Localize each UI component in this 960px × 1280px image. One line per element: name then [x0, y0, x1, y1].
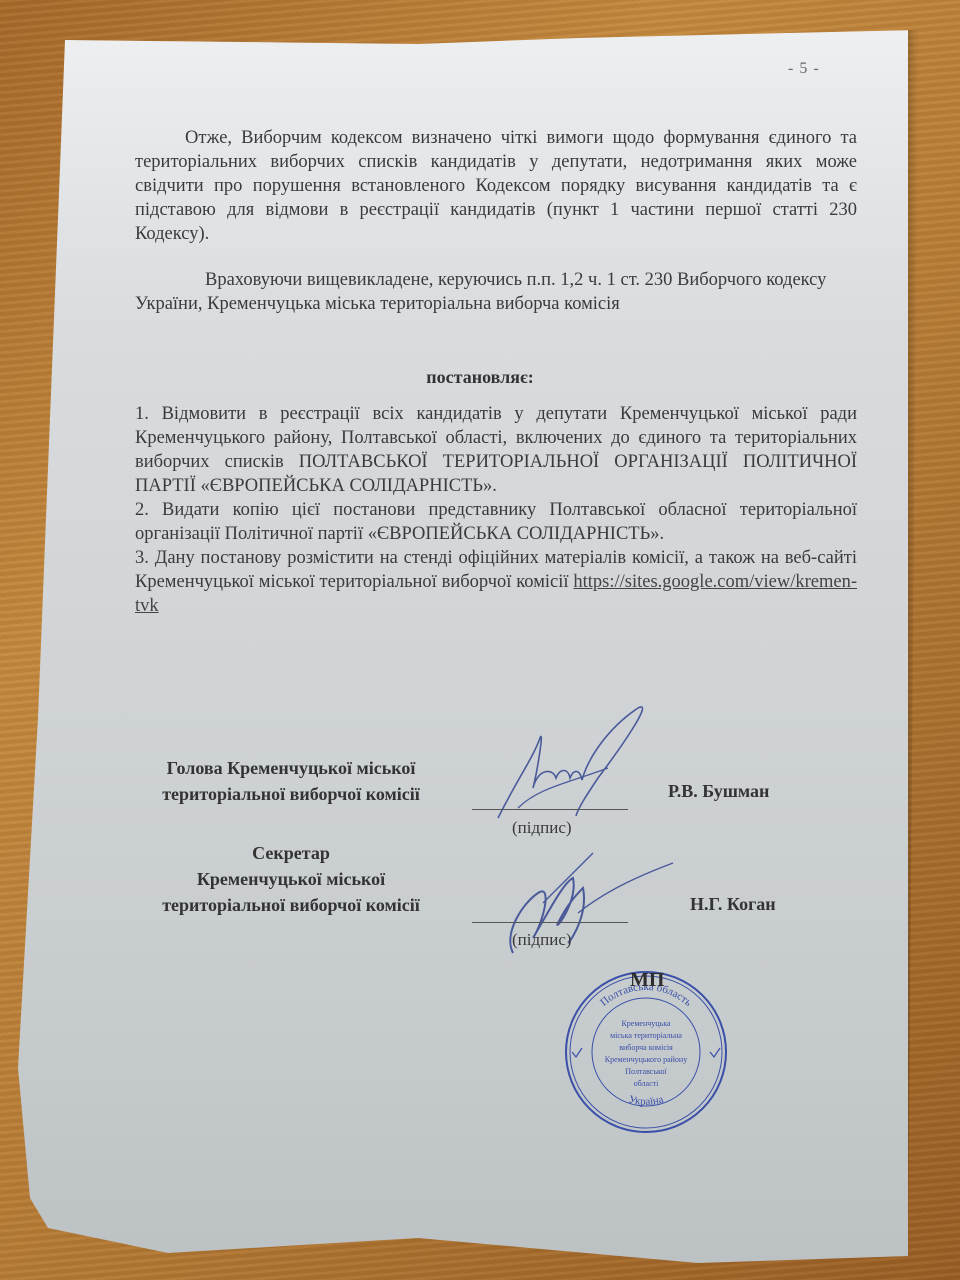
secretary-name: Н.Г. Коган — [690, 894, 776, 915]
chairman-title-line-2: територіальної виборчої комісії — [135, 781, 447, 807]
svg-text:міська територіальна: міська територіальна — [610, 1031, 682, 1040]
chairman-name: Р.В. Бушман — [668, 781, 769, 802]
chairman-signature-line — [472, 809, 628, 810]
paragraph-conclusion: Отже, Виборчим кодексом визначено чіткі … — [135, 126, 857, 246]
page-number: -5- — [788, 60, 825, 78]
secretary-title-line-2: територіальної виборчої комісії — [135, 892, 447, 918]
secretary-title: Секретар Кременчуцької міської територіа… — [135, 840, 447, 918]
svg-text:Полтавської: Полтавської — [625, 1067, 667, 1076]
svg-text:Україна: Україна — [627, 1093, 665, 1108]
secretary-title-line-1: Кременчуцької міської — [135, 866, 447, 892]
resolution-item-3: 3. Дану постанову розмістити на стенді о… — [135, 546, 857, 618]
decree-heading: постановляє: — [18, 367, 942, 388]
secretary-signature-caption: (підпис) — [512, 930, 572, 950]
resolution-items: 1. Відмовити в реєстрації всіх кандидаті… — [135, 402, 857, 618]
official-stamp-icon: Полтавська область Україна Кременчуцька … — [562, 968, 730, 1136]
resolution-item-2: 2. Видати копію цієї постанови представн… — [135, 498, 857, 546]
chairman-title: Голова Кременчуцької міської територіаль… — [135, 755, 447, 807]
paragraph-preamble: Враховуючи вищевикладене, керуючись п.п.… — [135, 268, 857, 316]
document-page: -5- Отже, Виборчим кодексом визначено чі… — [18, 18, 908, 1268]
secretary-title-line-0: Секретар — [135, 840, 447, 866]
chairman-signature-caption: (підпис) — [512, 818, 572, 838]
svg-text:Кременчуцька: Кременчуцька — [621, 1019, 671, 1028]
svg-text:області: області — [634, 1079, 659, 1088]
secretary-signature-line — [472, 922, 628, 923]
svg-text:Кременчуцького району: Кременчуцького району — [605, 1055, 687, 1064]
svg-text:виборча комісія: виборча комісія — [619, 1043, 673, 1052]
chairman-title-line-1: Голова Кременчуцької міської — [135, 755, 447, 781]
stamp-place-label: МП — [630, 969, 664, 992]
resolution-item-1: 1. Відмовити в реєстрації всіх кандидаті… — [135, 402, 857, 498]
